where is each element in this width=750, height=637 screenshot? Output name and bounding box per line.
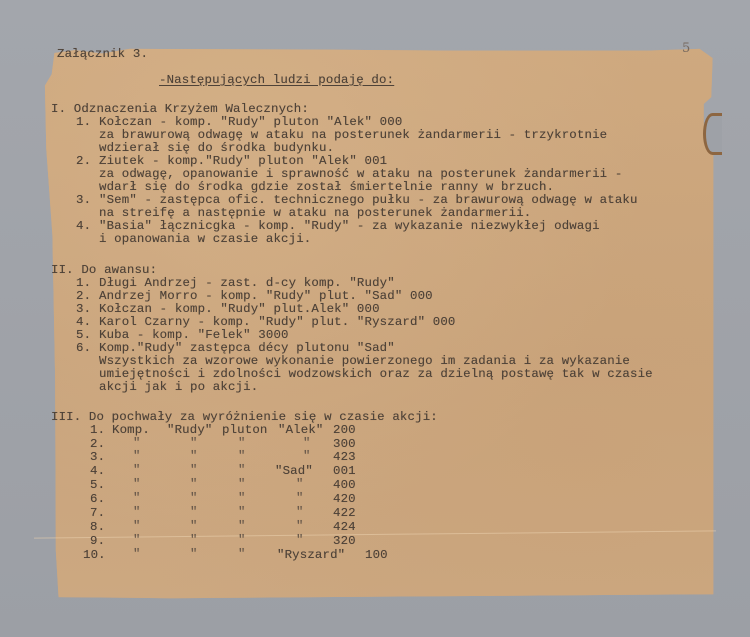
table-row-number: 6. <box>90 493 105 506</box>
table-cell-code: 200 <box>333 424 356 437</box>
page-number: 5 <box>682 41 690 56</box>
table-cell-code: 420 <box>333 493 356 506</box>
table-cell-platoon: " <box>296 492 304 505</box>
table-row-number: 8. <box>90 521 105 534</box>
table-cell-company: " <box>133 478 141 491</box>
table-cell-platoon: " <box>296 478 304 491</box>
table-cell-company-name: " <box>190 548 198 561</box>
table-cell-platoon: " <box>296 520 304 533</box>
table-cell-company: " <box>133 534 141 547</box>
table-cell-code: 320 <box>333 535 356 548</box>
table-cell-company-name: " <box>190 534 198 547</box>
section-1-item-4-line-2: i opanowania w czasie akcji. <box>99 233 311 246</box>
table-row-number: 1. <box>90 424 105 437</box>
table-cell-company-name: " <box>190 450 198 463</box>
table-cell-unit: " <box>238 520 246 533</box>
table-cell-platoon: "Alek" <box>278 424 324 437</box>
table-cell-company-name: " <box>190 478 198 491</box>
table-row-number: 5. <box>90 479 105 492</box>
table-cell-code: 424 <box>333 521 356 534</box>
section-2-item-6-line-4: akcji jak i po akcji. <box>99 381 258 394</box>
table-cell-company-name: " <box>190 492 198 505</box>
table-cell-code: 001 <box>333 465 356 478</box>
table-cell-code: 423 <box>333 451 356 464</box>
section-1-item-2-number: 2. <box>76 155 91 168</box>
table-row-number: 9. <box>90 535 105 548</box>
table-cell-code: 422 <box>333 507 356 520</box>
table-row-number: 4. <box>90 465 105 478</box>
table-cell-company: " <box>133 520 141 533</box>
table-row-number: 3. <box>90 451 105 464</box>
table-cell-platoon: "Sad" <box>275 465 313 478</box>
section-1-item-4-number: 4. <box>76 220 91 233</box>
table-row-number: 7. <box>90 507 105 520</box>
table-cell-unit: " <box>238 450 246 463</box>
table-cell-company-name: " <box>190 520 198 533</box>
table-cell-company: Komp. <box>112 424 150 437</box>
table-cell-unit: " <box>238 492 246 505</box>
table-cell-code: 100 <box>365 549 388 562</box>
table-cell-company: " <box>133 450 141 463</box>
table-cell-company: " <box>133 464 141 477</box>
table-cell-platoon: " <box>303 450 311 463</box>
document-title: -Następujących ludzi podaję do: <box>159 74 394 87</box>
section-1-item-3-number: 3. <box>76 194 91 207</box>
section-1-item-1-number: 1. <box>76 116 91 129</box>
table-cell-unit: " <box>238 534 246 547</box>
table-cell-company: " <box>133 548 141 561</box>
table-cell-company-name: " <box>190 464 198 477</box>
table-cell-unit: " <box>238 464 246 477</box>
table-cell-unit: " <box>238 506 246 519</box>
table-cell-platoon: " <box>296 534 304 547</box>
table-cell-unit: " <box>238 548 246 561</box>
table-cell-platoon: " <box>296 506 304 519</box>
table-cell-company: " <box>133 492 141 505</box>
table-cell-company-name: " <box>190 506 198 519</box>
paper-tear <box>703 113 722 155</box>
table-cell-unit: " <box>238 478 246 491</box>
table-cell-platoon: "Ryszard" <box>277 549 345 562</box>
table-row-number: 10. <box>83 549 106 562</box>
table-cell-company: " <box>133 506 141 519</box>
table-cell-code: 400 <box>333 479 356 492</box>
section-2-item-6-number: 6. <box>76 342 91 355</box>
attachment-label: Załącznik 3. <box>57 48 148 61</box>
